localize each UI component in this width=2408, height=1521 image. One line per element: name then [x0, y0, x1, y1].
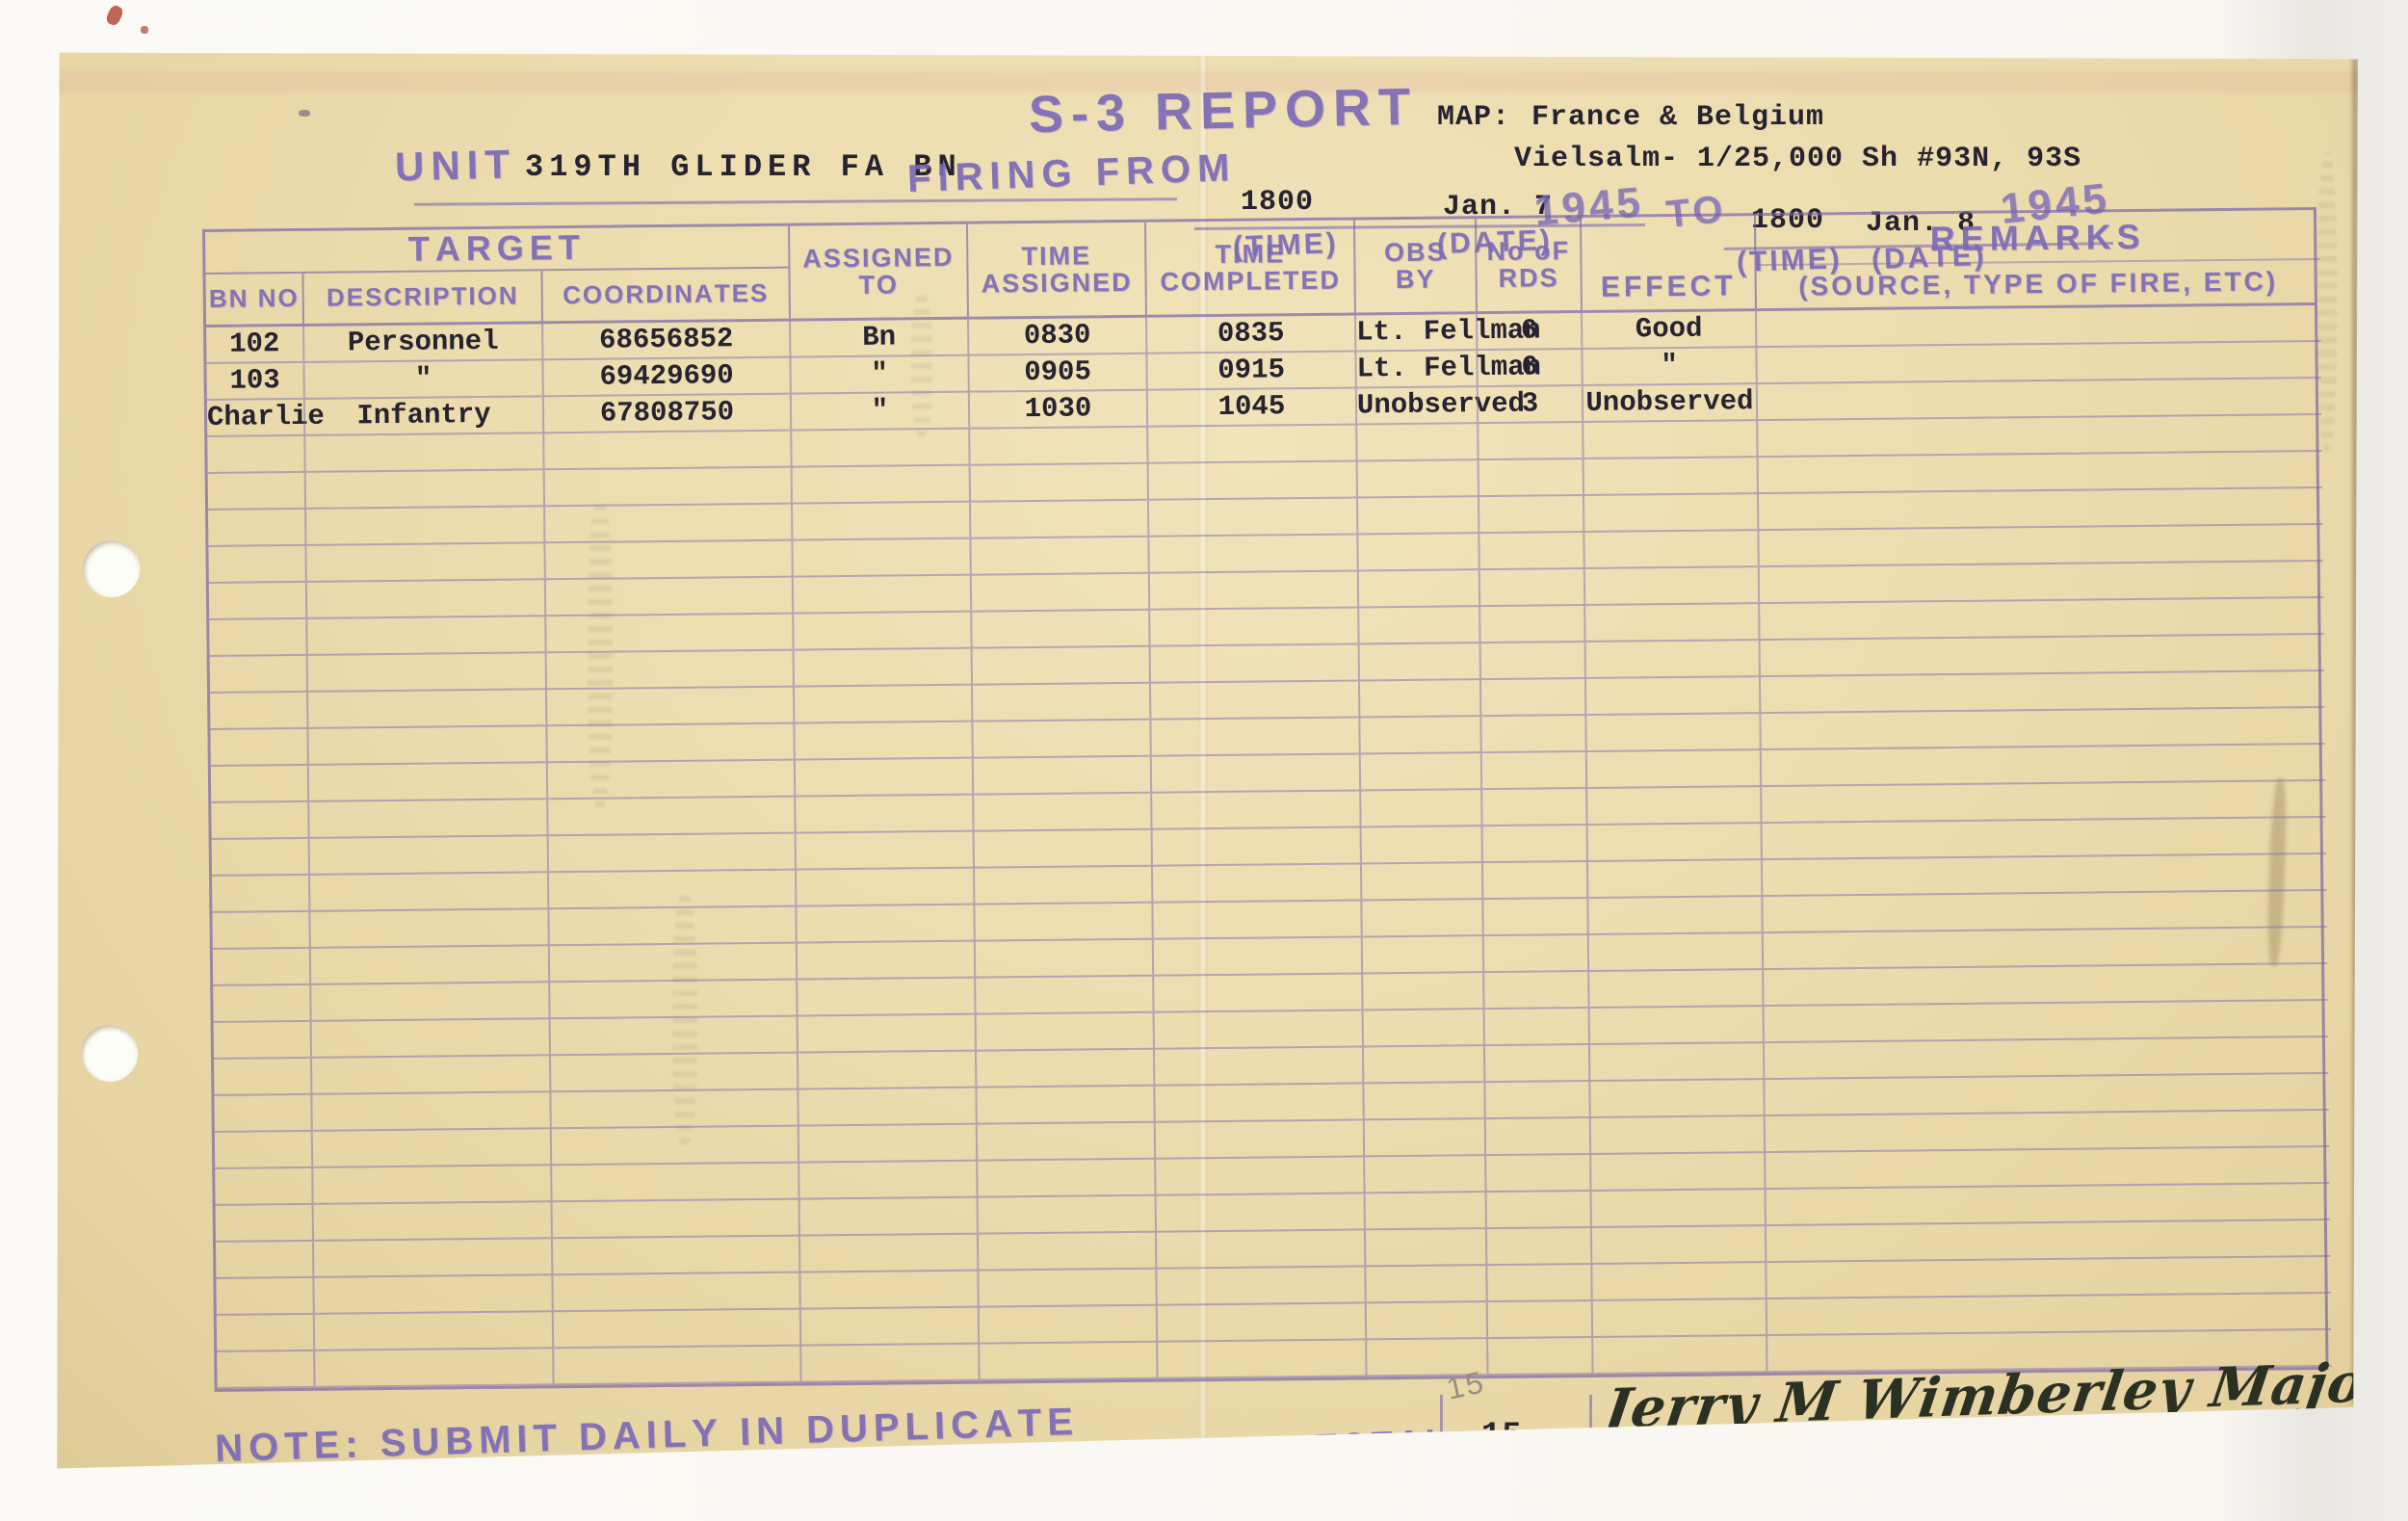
- table-cell: [971, 721, 1149, 759]
- table-cell: [1589, 1116, 1764, 1155]
- table-cell: [1485, 1228, 1590, 1266]
- page-title: S-3 REPORT: [1028, 77, 1418, 144]
- total-label: TOTAL: [1315, 1421, 1452, 1467]
- table-cell: [1586, 824, 1761, 862]
- punch-hole: [83, 540, 139, 596]
- table-cell: [1363, 1119, 1484, 1157]
- table-cell: Infantry: [303, 397, 542, 436]
- table-cell: [1584, 604, 1758, 642]
- table-cell: [970, 574, 1148, 613]
- table-cell: [304, 470, 543, 510]
- table-cell: [1756, 379, 2321, 421]
- table-cell: 68656852: [541, 322, 789, 361]
- table-cell: [548, 944, 796, 983]
- table-cell: [546, 761, 794, 800]
- table-cell: [309, 946, 548, 985]
- table-cell: [543, 468, 791, 508]
- col-header-description: DESCRIPTION: [301, 271, 541, 324]
- table-cell: [310, 1019, 549, 1059]
- table-cell: [310, 1092, 549, 1132]
- table-cell: [549, 1017, 797, 1057]
- table-cell: [973, 830, 1151, 869]
- col-header-coordinates: COORDINATES: [540, 269, 789, 322]
- table-cell: [1150, 791, 1359, 829]
- paper-edge-shadow: [2352, 56, 2358, 1404]
- table-cell: [1582, 421, 1756, 459]
- table-cell: [797, 1052, 975, 1090]
- table-cell: [1358, 717, 1479, 754]
- table-cell: [797, 1088, 975, 1127]
- table-cell: [1482, 972, 1587, 1010]
- table-cell: [313, 1312, 552, 1351]
- table-cell: [216, 1278, 312, 1316]
- table-cell: [1360, 900, 1481, 937]
- table-cell: [208, 473, 304, 511]
- table-cell: [972, 757, 1150, 796]
- table-cell: [214, 1059, 310, 1096]
- table-cell: [312, 1275, 551, 1315]
- table-cell: 69429690: [541, 358, 789, 398]
- table-cell: [1480, 752, 1585, 790]
- table-cell: [1586, 860, 1761, 899]
- table-cell: [795, 869, 973, 907]
- table-cell: [1359, 753, 1480, 791]
- col-header-assigned-to: ASSIGNED TO: [788, 224, 967, 319]
- table-cell: [1756, 415, 2321, 458]
- table-cell: [793, 649, 971, 688]
- table-cell: [1360, 863, 1481, 901]
- table-cell: [213, 949, 309, 986]
- table-cell: [1357, 607, 1479, 644]
- table-cell: [1755, 305, 2320, 348]
- table-cell: [1479, 716, 1584, 753]
- table-cell: Unobserved: [1582, 384, 1756, 423]
- table-cell: [1758, 562, 2323, 604]
- table-cell: [306, 690, 545, 729]
- table-cell: [791, 539, 969, 578]
- table-cell: [312, 1202, 551, 1242]
- table-cell: Bn: [789, 320, 967, 358]
- table-cell: [304, 543, 543, 583]
- unit-underline: [414, 197, 1177, 206]
- table-cell: [213, 985, 309, 1023]
- table-cell: [971, 647, 1149, 686]
- table-cell: [309, 983, 548, 1022]
- table-cell: [1486, 1301, 1591, 1339]
- table-cell: [1759, 671, 2324, 714]
- table-cell: [1147, 498, 1356, 537]
- table-cell: ": [302, 360, 541, 400]
- table-cell: [1588, 1080, 1763, 1118]
- table-cell: [1585, 787, 1760, 826]
- table-cell: [1364, 1266, 1485, 1303]
- table-cell: [1358, 643, 1479, 681]
- unit-value: 319TH GLIDER FA BN: [525, 149, 962, 185]
- table-cell: [1362, 1046, 1483, 1084]
- table-cell: [1151, 901, 1360, 939]
- table-cell: [792, 576, 970, 615]
- table-cell: [795, 832, 973, 871]
- table-cell: [1484, 1118, 1589, 1156]
- table-cell: 103: [206, 363, 302, 401]
- table-cell: [974, 940, 1152, 979]
- table-cell: [1583, 531, 1757, 569]
- table-cell: [1148, 571, 1357, 610]
- table-cell: [799, 1308, 978, 1347]
- table-cell: [1356, 497, 1478, 535]
- table-cell: [1760, 781, 2325, 824]
- table-cell: [1151, 864, 1360, 903]
- table-cell: [1356, 460, 1478, 498]
- table-cell: [792, 613, 970, 651]
- table-cell: [305, 580, 544, 619]
- table-cell: [308, 836, 547, 876]
- table-cell: [215, 1168, 311, 1206]
- table-cell: [791, 503, 969, 541]
- table-cell: [209, 619, 305, 657]
- map-label: MAP:: [1437, 101, 1510, 134]
- table-cell: [1153, 1084, 1362, 1122]
- table-cell: [796, 942, 974, 981]
- table-cell: [212, 876, 308, 913]
- table-cell: ": [789, 356, 967, 395]
- table-body: 102Personnel68656852Bn08300835Lt. Fellma…: [203, 305, 2328, 1392]
- table-cell: Lt. Fellman: [1354, 351, 1476, 388]
- table-cell: [799, 1345, 978, 1383]
- total-box: [1440, 1395, 1592, 1473]
- table-cell: [1760, 745, 2325, 787]
- table-cell: 67808750: [542, 395, 790, 434]
- table-cell: [969, 538, 1147, 576]
- table-cell: [1485, 1192, 1590, 1229]
- table-cell: [975, 1050, 1153, 1088]
- col-header-effect: EFFECT: [1580, 216, 1755, 310]
- table-cell: [1757, 452, 2322, 494]
- table-cell: [975, 1013, 1153, 1052]
- table-cell: [1364, 1193, 1485, 1230]
- table-cell: [210, 729, 306, 767]
- table-cell: 1030: [968, 391, 1146, 430]
- table-cell: [1150, 754, 1359, 793]
- table-cell: [1361, 973, 1482, 1010]
- table-cell: [973, 867, 1151, 905]
- table-cell: [215, 1132, 311, 1169]
- table-cell: [1757, 525, 2322, 567]
- from-time-value: 1800: [1241, 186, 1314, 219]
- table-cell: [1584, 641, 1759, 679]
- table-cell: [1362, 1010, 1483, 1047]
- table-cell: [1762, 964, 2327, 1007]
- table-cell: [209, 583, 305, 620]
- table-cell: ": [790, 393, 968, 432]
- table-cell: [973, 904, 1151, 942]
- table-cell: [1479, 679, 1584, 717]
- table-cell: [1480, 789, 1585, 826]
- table-cell: [1153, 1047, 1362, 1086]
- table-cell: [1149, 718, 1358, 756]
- table-cell: [212, 912, 308, 950]
- table-cell: [796, 979, 974, 1017]
- table-cell: [307, 800, 546, 839]
- table-cell: [551, 1273, 798, 1313]
- table-cell: 0830: [967, 318, 1145, 356]
- table-cell: [1584, 567, 1758, 606]
- table-cell: [1481, 899, 1586, 936]
- table-cell: [968, 428, 1146, 466]
- signature-caption: NAME & RANK: [1579, 1439, 1911, 1491]
- table-cell: [1153, 1010, 1362, 1049]
- table-cell: [1156, 1340, 1365, 1378]
- table-cell: [310, 1056, 549, 1095]
- table-cell: [1359, 790, 1480, 827]
- table-cell: [790, 430, 968, 468]
- table-cell: [975, 1087, 1153, 1125]
- table-cell: [1762, 928, 2327, 970]
- table-cell: [1149, 681, 1358, 720]
- table-cell: [1477, 423, 1582, 460]
- table-cell: [551, 1200, 798, 1240]
- table-cell: [552, 1310, 799, 1350]
- table-cell: [1481, 826, 1586, 863]
- table-cell: [977, 1233, 1155, 1272]
- table-cell: [1765, 1257, 2330, 1299]
- table-cell: [546, 798, 794, 837]
- col-header-no-of-rds: No oF RDS: [1475, 218, 1581, 311]
- map-sheet-line: Vielsalm- 1/25,000 Sh #93N, 93S: [1514, 143, 2081, 175]
- table-cell: [793, 722, 971, 761]
- table-cell: [1155, 1230, 1364, 1269]
- table-cell: [1357, 570, 1479, 608]
- table-cell: [217, 1315, 313, 1352]
- punch-hole: [81, 1025, 137, 1081]
- table-cell: [1478, 459, 1583, 497]
- table-cell: [1155, 1193, 1364, 1232]
- table-cell: [1147, 535, 1356, 573]
- map-value: France & Belgium: [1531, 101, 1824, 134]
- table-cell: [1481, 862, 1586, 900]
- table-cell: 0915: [1145, 352, 1354, 390]
- table-cell: [798, 1162, 976, 1200]
- table-cell: [976, 1160, 1154, 1198]
- table-cell: [1146, 425, 1355, 463]
- table-cell: [1591, 1336, 1766, 1375]
- table-cell: [793, 686, 971, 724]
- table-cell: [1152, 974, 1361, 1012]
- table-cell: [1155, 1267, 1364, 1305]
- table-cell: 0835: [1145, 315, 1354, 354]
- table-cell: [212, 839, 308, 877]
- table-cell: [1763, 1037, 2328, 1080]
- table-cell: [970, 611, 1148, 649]
- table-cell: [547, 834, 795, 874]
- table-cell: ": [1581, 348, 1755, 386]
- unit-label: UNIT: [394, 141, 516, 190]
- ink-speck: [299, 110, 310, 117]
- table-cell: [1583, 458, 1757, 496]
- table-cell: [313, 1349, 552, 1388]
- table-cell: 102: [206, 327, 302, 364]
- col-header-remarks-group: REMARKS (SOURCE, TYPE OF FIRE, ETC): [1754, 210, 2320, 308]
- table-cell: [210, 656, 306, 694]
- table-cell: [1483, 1082, 1588, 1119]
- table-cell: [1478, 533, 1583, 570]
- paper-sheet: S-3 REPORT MAP: France & Belgium Vielsal…: [56, 46, 2364, 1470]
- table-cell: [547, 907, 795, 947]
- table-cell: [210, 693, 306, 730]
- table-cell: [969, 464, 1147, 503]
- table-cell: [1156, 1303, 1365, 1342]
- table-cell: [1364, 1229, 1485, 1267]
- table-cell: [794, 759, 972, 798]
- table-cell: Lt. Fellman: [1354, 314, 1476, 352]
- report-table: TARGET BN NO DESCRIPTION COORDINATES ASS…: [202, 207, 2329, 1392]
- col-header-time-completed: TIME COMPLETED: [1144, 220, 1354, 314]
- table-cell: [551, 1237, 798, 1276]
- scanned-document: S-3 REPORT MAP: France & Belgium Vielsal…: [0, 0, 2408, 1521]
- table-cell: [1763, 1074, 2328, 1116]
- table-cell: [1356, 534, 1478, 571]
- table-cell: [1588, 1043, 1763, 1082]
- table-cell: [1365, 1302, 1486, 1340]
- table-cell: [312, 1239, 551, 1278]
- table-cell: [304, 507, 543, 546]
- red-speck: [141, 26, 148, 34]
- table-cell: [1764, 1111, 2329, 1153]
- table-cell: [216, 1242, 312, 1279]
- table-cell: [550, 1127, 798, 1167]
- table-cell: [1587, 970, 1762, 1009]
- table-cell: [978, 1306, 1156, 1345]
- table-cell: [1763, 1001, 2328, 1043]
- col-header-remarks: REMARKS: [1756, 210, 2320, 266]
- table-cell: [1479, 569, 1584, 607]
- red-speck: [105, 4, 125, 27]
- table-cell: 0905: [967, 354, 1145, 393]
- table-cell: [1584, 677, 1759, 716]
- table-cell: [1486, 1338, 1591, 1376]
- table-cell: [1761, 891, 2326, 933]
- col-header-remarks-sub: (SOURCE, TYPE OF FIRE, ETC): [1756, 260, 2319, 308]
- table-cell: [798, 1125, 976, 1164]
- table-cell: [1757, 488, 2322, 531]
- table-cell: [545, 688, 793, 727]
- table-cell: [1485, 1265, 1590, 1302]
- table-cell: [974, 977, 1152, 1015]
- table-cell: [1759, 708, 2324, 750]
- table-cell: [1482, 935, 1587, 973]
- table-cell: [544, 615, 792, 654]
- table-cell: [305, 616, 544, 656]
- table-cell: [1766, 1294, 2331, 1336]
- table-cell: [543, 505, 791, 544]
- table-cell: [1765, 1220, 2330, 1263]
- table-cell: [542, 432, 790, 471]
- table-cell: [1483, 1009, 1588, 1046]
- table-cell: [1151, 827, 1360, 866]
- table-cell: [791, 466, 969, 505]
- table-cell: 3: [1477, 386, 1582, 424]
- table-cell: Charlie: [207, 400, 303, 437]
- table-cell: [211, 766, 307, 803]
- table-cell: [211, 802, 307, 840]
- table-cell: [1479, 606, 1584, 643]
- table-cell: [1764, 1147, 2329, 1190]
- table-cell: [1147, 461, 1356, 500]
- table-cell: Unobserved: [1355, 387, 1477, 425]
- table-cell: [208, 546, 304, 584]
- table-cell: [311, 1129, 550, 1168]
- table-cell: [1586, 897, 1761, 935]
- table-cell: [545, 651, 793, 691]
- table-cell: [1765, 1184, 2330, 1226]
- table-cell: [1152, 937, 1361, 976]
- table-cell: [1761, 818, 2326, 860]
- table-cell: [1154, 1157, 1363, 1195]
- table-cell: [1590, 1190, 1765, 1228]
- table-cell: [1755, 342, 2320, 384]
- table-cell: [798, 1198, 977, 1237]
- table-cell: [1363, 1156, 1484, 1193]
- table-cell: [1583, 494, 1757, 533]
- table-cell: [547, 871, 795, 910]
- table-cell: [1590, 1263, 1765, 1301]
- table-cell: [1759, 635, 2324, 677]
- table-cell: [971, 684, 1149, 722]
- table-cell: [1149, 644, 1358, 683]
- table-cell: [798, 1272, 977, 1310]
- table-cell: [216, 1205, 312, 1243]
- table-cell: [207, 436, 303, 474]
- table-cell: [977, 1270, 1155, 1308]
- table-cell: [797, 1015, 975, 1054]
- table-cell: [308, 873, 547, 912]
- table-cell: [549, 1054, 797, 1093]
- table-cell: [1355, 424, 1477, 461]
- table-cell: 6: [1476, 313, 1581, 351]
- table-cell: [1589, 1153, 1764, 1192]
- total-value: 15: [1481, 1418, 1523, 1455]
- col-header-obs-by: OBS BY: [1353, 219, 1476, 312]
- table-cell: [977, 1196, 1155, 1235]
- table-cell: [978, 1343, 1156, 1381]
- table-cell: [306, 726, 545, 766]
- table-cell: [549, 1090, 797, 1130]
- table-cell: [545, 724, 793, 764]
- table-cell: [303, 433, 542, 473]
- table-cell: [214, 1022, 310, 1060]
- table-cell: [1362, 1083, 1483, 1120]
- table-cell: [972, 794, 1150, 832]
- table-cell: [1587, 933, 1762, 972]
- col-header-bn-no: BN NO: [205, 274, 302, 325]
- table-cell: [217, 1351, 313, 1389]
- table-cell: [795, 905, 973, 944]
- table-cell: [1479, 642, 1584, 680]
- table-cell: [552, 1347, 799, 1386]
- table-cell: [1358, 680, 1479, 718]
- table-cell: 1045: [1146, 388, 1355, 427]
- table-cell: [1584, 714, 1759, 752]
- table-cell: [544, 578, 792, 617]
- table-cell: [1588, 1007, 1763, 1045]
- table-cell: [1484, 1155, 1589, 1193]
- table-cell: [1585, 750, 1760, 789]
- table-cell: [794, 796, 972, 834]
- table-cell: [208, 510, 304, 547]
- table-cell: [1758, 598, 2323, 641]
- table-cell: [307, 763, 546, 802]
- table-cell: [1591, 1299, 1766, 1338]
